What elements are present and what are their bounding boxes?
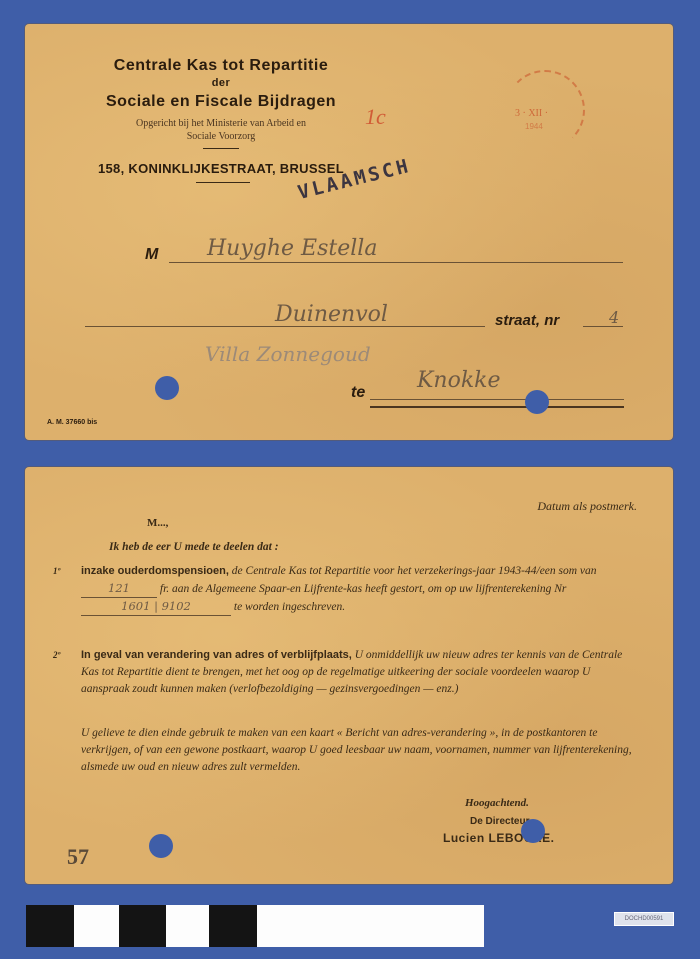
city-line-upper [370, 399, 624, 400]
house-number: 4 [609, 308, 619, 327]
city-name: Knokke [417, 368, 501, 393]
calibration-block-white-wide [257, 905, 484, 947]
note-paragraph: U gelieve te dien einde gebruik te maken… [81, 725, 637, 776]
header-subline1: Opgericht bij het Ministerie van Arbeid … [25, 118, 417, 129]
punch-hole [149, 834, 173, 858]
item-1-text-a: de Centrale Kas tot Repartitie voor het … [232, 565, 597, 577]
item-1-bold: inzake ouderdomspensioen, [81, 565, 229, 577]
street-label: straat, nr [495, 312, 559, 329]
form-reference: A. M. 37660 bis [47, 419, 97, 426]
item-2: 2º In geval van verandering van adres of… [81, 647, 637, 698]
date-note: Datum als postmerk. [537, 499, 637, 514]
calibration-block-black [209, 905, 257, 947]
calibration-block-black [119, 905, 166, 947]
item-1-number: 1º [53, 563, 60, 580]
address-divider [196, 182, 250, 183]
addressee-label: M [145, 246, 158, 264]
item-2-number: 2º [53, 647, 60, 664]
page-number: 57 [67, 844, 89, 870]
amount-field: 121 [81, 580, 157, 598]
intro-text: Ik heb de eer U mede te deelen dat : [109, 541, 279, 553]
city-line-lower [370, 406, 624, 408]
closing: Hoogachtend. [465, 797, 529, 809]
account-number-field: 1601 | 9102 [81, 598, 231, 616]
postcard-back: Datum als postmerk. M..., Ik heb de eer … [25, 467, 673, 884]
calibration-block-white [74, 905, 119, 947]
archive-label-tag: DOCHD00591 [614, 912, 674, 926]
header-title-line3: Sociale en Fiscale Bijdragen [25, 93, 417, 111]
item-2-bold: In geval van verandering van adres of ve… [81, 649, 352, 661]
header-title-line1: Centrale Kas tot Repartitie [25, 57, 417, 75]
fee-stamp: 1c [365, 104, 386, 130]
addressee-line [169, 262, 623, 263]
header-title-der: der [25, 77, 417, 89]
item-1-text-c: te worden ingeschreven. [234, 601, 345, 613]
header-divider [203, 148, 239, 149]
item-1-text-b: fr. aan de Algemeene Spaar-en Lijfrente-… [160, 583, 566, 595]
calibration-block-white [166, 905, 209, 947]
postmark-date: 3 · XII · [515, 108, 548, 119]
punch-hole [525, 390, 549, 414]
item-1: 1º inzake ouderdomspensioen, de Centrale… [81, 563, 637, 616]
calibration-block-black [26, 905, 74, 947]
postmark-year: 1944 [525, 122, 543, 131]
villa-name: Villa Zonnegoud [205, 342, 371, 366]
punch-hole [155, 376, 179, 400]
header-subline2: Sociale Voorzorg [25, 131, 417, 142]
street-name: Duinenvol [275, 302, 388, 327]
addressee-name: Huyghe Estella [207, 236, 377, 261]
postcard-front: Centrale Kas tot Repartitie der Sociale … [25, 24, 673, 440]
city-label: te [351, 384, 365, 402]
punch-hole [521, 819, 545, 843]
salutation: M..., [147, 517, 168, 529]
